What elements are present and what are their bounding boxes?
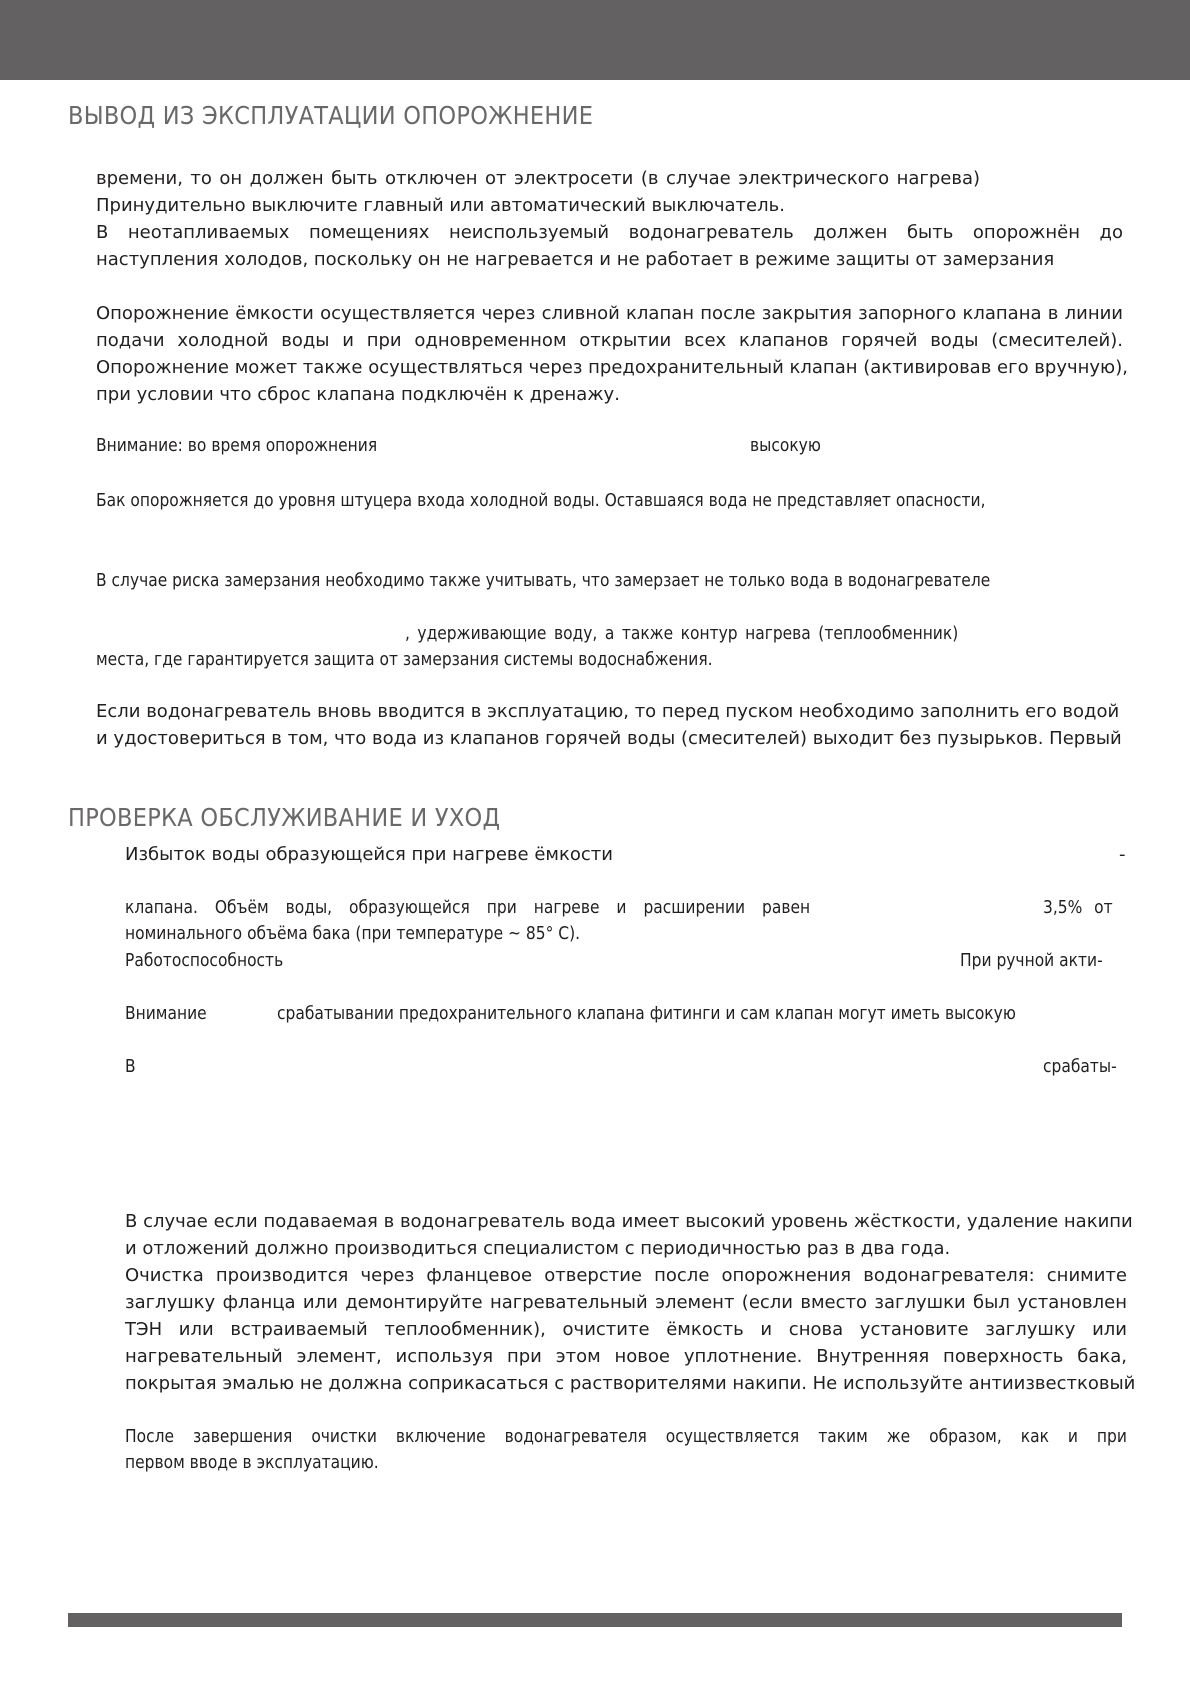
paragraph-line: После завершения очистки включение водон… (125, 1426, 1127, 1448)
paragraph-fragment: срабаты- (1043, 1056, 1117, 1078)
paragraph-fragment: При ручной акти- (960, 950, 1103, 972)
paragraph-line: первом вводе в эксплуатацию. (125, 1452, 379, 1474)
paragraph-line: места, где гарантируется защита от замер… (96, 649, 713, 671)
hyphen-fragment: - (1119, 844, 1126, 866)
paragraph-line: , удерживающие воду, а также контур нагр… (405, 623, 958, 645)
paragraph-line: клапана. Объём воды, образующейся при на… (125, 897, 810, 919)
paragraph-line: при условии что сброс клапана подключён … (96, 384, 1123, 406)
paragraph-line: заглушку фланца или демонтируйте нагрева… (125, 1292, 1127, 1314)
percent-value: 3,5% от (1043, 897, 1113, 919)
header-bar (0, 0, 1190, 80)
paragraph-line: В случае если подаваемая в водонагревате… (125, 1211, 1127, 1233)
paragraph-line: Бак опорожняется до уровня штуцера входа… (96, 490, 1123, 512)
paragraph-line: времени, то он должен быть отключен от э… (96, 168, 980, 190)
paragraph-line: и удостовериться в том, что вода из клап… (96, 728, 1123, 750)
paragraph-line: покрытая эмалью не должна соприкасаться … (125, 1373, 1127, 1395)
section-title-decommissioning: ВЫВОД ИЗ ЭКСПЛУАТАЦИИ ОПОРОЖНЕНИЕ (68, 101, 593, 130)
warning-label: Внимание (125, 1003, 207, 1025)
attention-note: Внимание: во время опорожнения (96, 435, 377, 457)
paragraph-fragment: В (125, 1056, 136, 1078)
paragraph-line: Если водонагреватель вновь вводится в эк… (96, 701, 1123, 723)
paragraph-line: Очистка производится через фланцевое отв… (125, 1265, 1127, 1287)
footer-bar (68, 1613, 1122, 1627)
paragraph-line: наступления холодов, поскольку он не наг… (96, 249, 1123, 271)
paragraph-line: подачи холодной воды и при одновременном… (96, 330, 1123, 352)
paragraph-line: Опорожнение может также осуществляться ч… (96, 357, 1123, 379)
paragraph-line: В неотапливаемых помещениях неиспользуем… (96, 222, 1123, 244)
paragraph-line: Избыток воды образующейся при нагреве ём… (125, 844, 613, 866)
paragraph-line: и отложений должно производиться специал… (125, 1238, 1127, 1260)
paragraph-line: Принудительно выключите главный или авто… (96, 195, 1123, 217)
section-title-maintenance: ПРОВЕРКА ОБСЛУЖИВАНИЕ И УХОД (68, 803, 500, 832)
paragraph-line: срабатывании предохранительного клапана … (277, 1003, 1016, 1025)
attention-note-fragment: высокую (750, 435, 821, 457)
paragraph-line: ТЭН или встраиваемый теплообменник), очи… (125, 1319, 1127, 1341)
paragraph-line: номинального объёма бака (при температур… (125, 923, 580, 945)
paragraph-line: Опорожнение ёмкости осуществляется через… (96, 303, 1123, 325)
paragraph-line: нагревательный элемент, используя при эт… (125, 1346, 1127, 1368)
paragraph-line: Работоспособность (125, 950, 283, 972)
paragraph-line: В случае риска замерзания необходимо так… (96, 570, 990, 592)
